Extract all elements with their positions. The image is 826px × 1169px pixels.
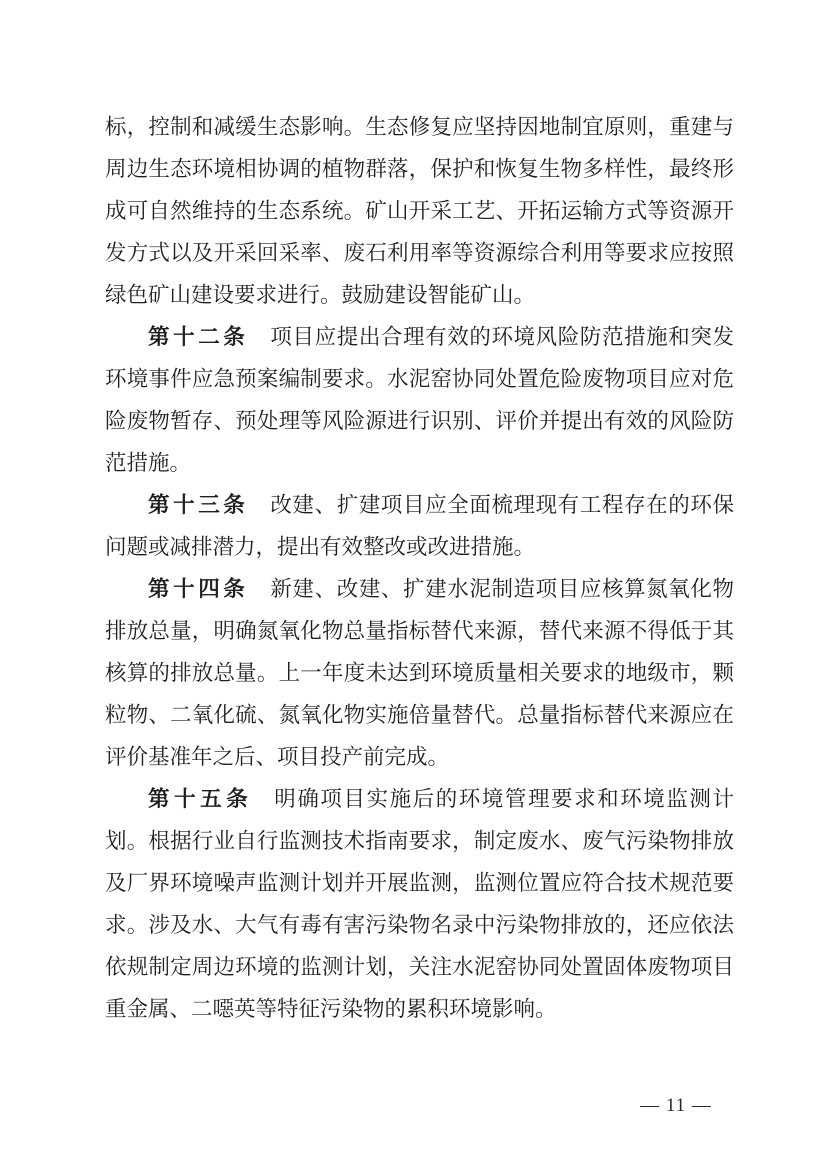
- paragraph-text: 标，控制和减缓生态影响。生态修复应坚持因地制宜原则，重建与周边生态环境相协调的植…: [105, 115, 734, 307]
- paragraph-text: 明确项目实施后的环境管理要求和环境监测计划。根据行业自行监测技术指南要求，制定废…: [105, 787, 734, 1021]
- paragraph-article-14: 第十四条新建、改建、扩建水泥制造项目应核算氮氧化物排放总量，明确氮氧化物总量指标…: [105, 568, 734, 778]
- paragraph-article-15: 第十五条明确项目实施后的环境管理要求和环境监测计划。根据行业自行监测技术指南要求…: [105, 778, 734, 1030]
- document-body: 标，控制和减缓生态影响。生态修复应坚持因地制宜原则，重建与周边生态环境相协调的植…: [105, 106, 734, 1030]
- paragraph-article-13: 第十三条改建、扩建项目应全面梳理现有工程存在的环保问题或减排潜力，提出有效整改或…: [105, 484, 734, 568]
- article-15-number-label: 第十五条: [148, 787, 252, 811]
- document-page: 标，控制和减缓生态影响。生态修复应坚持因地制宜原则，重建与周边生态环境相协调的植…: [0, 0, 826, 1169]
- article-13-number-label: 第十三条: [148, 493, 248, 517]
- paragraph-article-12: 第十二条项目应提出合理有效的环境风险防范措施和突发环境事件应急预案编制要求。水泥…: [105, 316, 734, 484]
- paragraph-continuation: 标，控制和减缓生态影响。生态修复应坚持因地制宜原则，重建与周边生态环境相协调的植…: [105, 106, 734, 316]
- article-14-number-label: 第十四条: [148, 577, 248, 601]
- article-12-number-label: 第十二条: [148, 325, 248, 349]
- paragraph-text: 新建、改建、扩建水泥制造项目应核算氮氧化物排放总量，明确氮氧化物总量指标替代来源…: [105, 577, 734, 769]
- page-number: — 11 —: [616, 1093, 736, 1119]
